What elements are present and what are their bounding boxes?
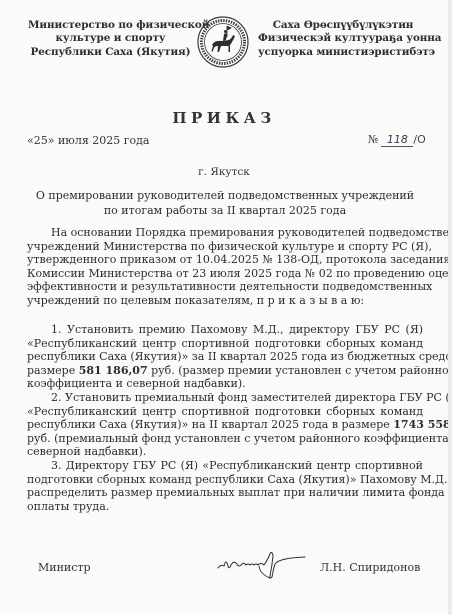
paragraph-line: «Республиканский центр спортивной подгот… xyxy=(27,405,423,419)
header-right-line: успуорка министиэристибэтэ xyxy=(258,46,428,59)
bonus-fund-amount: 1743 558,22 xyxy=(393,418,452,431)
signatory-position: Министр xyxy=(38,561,91,574)
subject-line: по итогам работы за II квартал 2025 года xyxy=(30,203,420,218)
paragraph-line: 1. Установить премию Пахомову М.Д., дире… xyxy=(27,323,423,337)
city: г. Якутск xyxy=(0,166,448,178)
amount-prefix: размере xyxy=(27,364,75,377)
preamble-paragraph: На основании Порядка премирования руково… xyxy=(27,226,423,308)
header-right-line: Физическэй култуураҕа уонна xyxy=(258,32,428,45)
paragraph-line: республики Саха (Якутия)» на II квартал … xyxy=(27,418,423,432)
paragraph-line: оплаты труда. xyxy=(27,500,423,514)
paragraph-line: учреждений по целевым показателям, п р и… xyxy=(27,294,423,308)
header-left-line: Республики Саха (Якутия) xyxy=(28,46,193,59)
paragraph-line: республики Саха (Якутия)» за II квартал … xyxy=(27,350,423,364)
paragraph-line: «Республиканский центр спортивной подгот… xyxy=(27,337,423,351)
paragraph-line: Комиссии Министерства от 23 июля 2025 го… xyxy=(27,267,423,281)
amount-prefix: республики Саха (Якутия)» на II квартал … xyxy=(27,418,390,431)
paragraph-line: утвержденного приказом от 10.04.2025 № 1… xyxy=(27,253,423,267)
page-edge xyxy=(448,0,452,615)
order-subject: О премировании руководителей подведомств… xyxy=(30,188,420,218)
coat-of-arms-emblem-icon xyxy=(196,15,250,69)
order-number: №118/О xyxy=(368,133,426,147)
paragraph-line: подготовки сборных команд республики Сах… xyxy=(27,473,423,487)
order-item-3: 3. Директору ГБУ РС (Я) «Республиканский… xyxy=(27,459,423,513)
paragraph-line: распределить размер премиальных выплат п… xyxy=(27,486,423,500)
document-title: ПРИКАЗ xyxy=(0,109,448,127)
paragraph-line: северной надбавки). xyxy=(27,445,423,459)
document-page: Министерство по физической культуре и сп… xyxy=(0,0,448,615)
handwritten-number: 118 xyxy=(381,134,413,147)
paragraph-line: коэффициента и северной надбавки). xyxy=(27,377,423,391)
paragraph-line: 3. Директору ГБУ РС (Я) «Республиканский… xyxy=(27,459,423,473)
paragraph-line: руб. (премиальный фонд установлен с учет… xyxy=(27,432,423,446)
signatory-name: Л.Н. Спиридонов xyxy=(320,561,420,574)
paragraph-line: На основании Порядка премирования руково… xyxy=(27,226,423,240)
order-date: «25» июля 2025 года xyxy=(27,134,150,147)
amount-suffix: руб. (размер премии установлен с учетом … xyxy=(151,364,452,377)
bonus-amount: 581 186,07 xyxy=(79,364,148,377)
paragraph-line: учреждений Министерства по физической ку… xyxy=(27,240,423,254)
header-right-line: Саха Өрөспүүбүлүкэтин xyxy=(258,19,428,32)
subject-line: О премировании руководителей подведомств… xyxy=(30,188,420,203)
handwritten-signature-icon xyxy=(215,544,335,592)
paragraph-line: размере 581 186,07 руб. (размер премии у… xyxy=(27,364,423,378)
number-suffix: /О xyxy=(413,133,425,146)
number-sign: № xyxy=(368,133,378,146)
order-item-2: 2. Установить премиальный фонд заместите… xyxy=(27,391,423,459)
order-item-1: 1. Установить премию Пахомову М.Д., дире… xyxy=(27,323,423,391)
ministry-name-russian: Министерство по физической культуре и сп… xyxy=(28,19,193,59)
paragraph-line: эффективности и результативности деятель… xyxy=(27,280,423,294)
ministry-name-yakut: Саха Өрөспүүбүлүкэтин Физическэй култуур… xyxy=(258,19,428,59)
header-left-line: культуре и спорту xyxy=(28,32,193,45)
header-left-line: Министерство по физической xyxy=(28,19,193,32)
paragraph-line: 2. Установить премиальный фонд заместите… xyxy=(27,391,423,405)
